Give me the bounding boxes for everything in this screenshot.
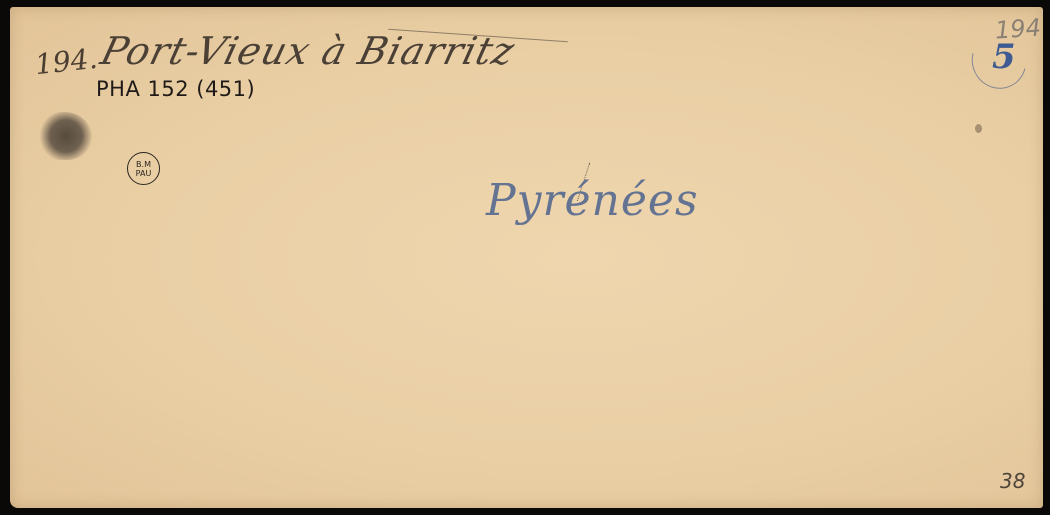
foxing-spot: [975, 124, 982, 133]
ink-stain: [40, 112, 92, 160]
page-number: 38: [1000, 469, 1025, 493]
title-number: 194.: [33, 42, 98, 81]
center-note: Pyrénées: [486, 175, 699, 226]
stamp-line-2: PAU: [136, 169, 152, 178]
document-title: Port-Vieux à Biarritz: [97, 29, 520, 73]
stamp-line-1: B.M: [136, 160, 151, 169]
library-stamp: B.M PAU: [127, 152, 160, 185]
document-card: 194. Port-Vieux à Biarritz PHA 152 (451)…: [10, 7, 1043, 508]
corner-mark: 5: [992, 37, 1016, 77]
catalog-number: PHA 152 (451): [96, 77, 255, 101]
